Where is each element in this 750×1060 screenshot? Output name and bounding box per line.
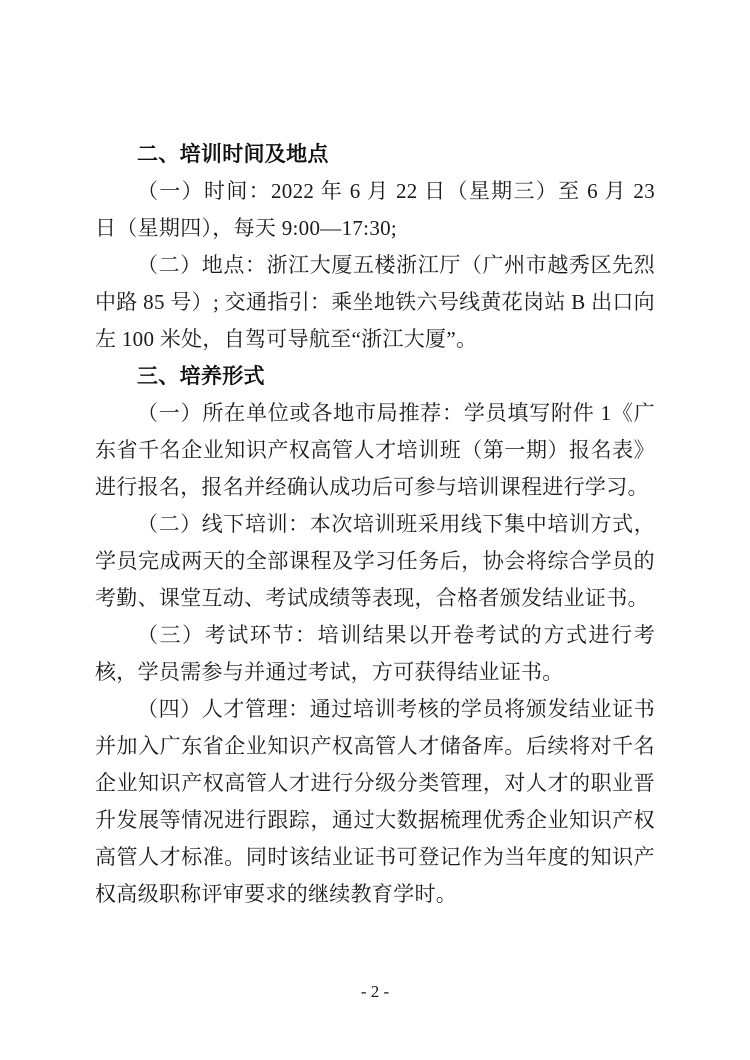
body-paragraph: （三）考试环节：培训结果以开卷考试的方式进行考核，学员需参与并通过考试，方可获得… [95,617,655,691]
body-paragraph: （一）所在单位或各地市局推荐：学员填写附件 1《广东省千名企业知识产权高管人才培… [95,395,655,506]
document-body: 二、培训时间及地点 （一）时间：2022 年 6 月 22 日（星期三）至 6 … [95,136,655,913]
body-paragraph: （二）线下培训：本次培训班采用线下集中培训方式，学员完成两天的全部课程及学习任务… [95,506,655,617]
document-page: 二、培训时间及地点 （一）时间：2022 年 6 月 22 日（星期三）至 6 … [0,0,750,1060]
body-paragraph: （四）人才管理：通过培训考核的学员将颁发结业证书并加入广东省企业知识产权高管人才… [95,691,655,913]
page-number: - 2 - [0,982,750,1002]
section-heading-training-time-location: 二、培训时间及地点 [95,136,655,173]
section-heading-training-format: 三、培养形式 [95,358,655,395]
body-paragraph: （一）时间：2022 年 6 月 22 日（星期三）至 6 月 23 日（星期四… [95,173,655,247]
body-paragraph: （二）地点：浙江大厦五楼浙江厅（广州市越秀区先烈中路 85 号）; 交通指引：乘… [95,247,655,358]
